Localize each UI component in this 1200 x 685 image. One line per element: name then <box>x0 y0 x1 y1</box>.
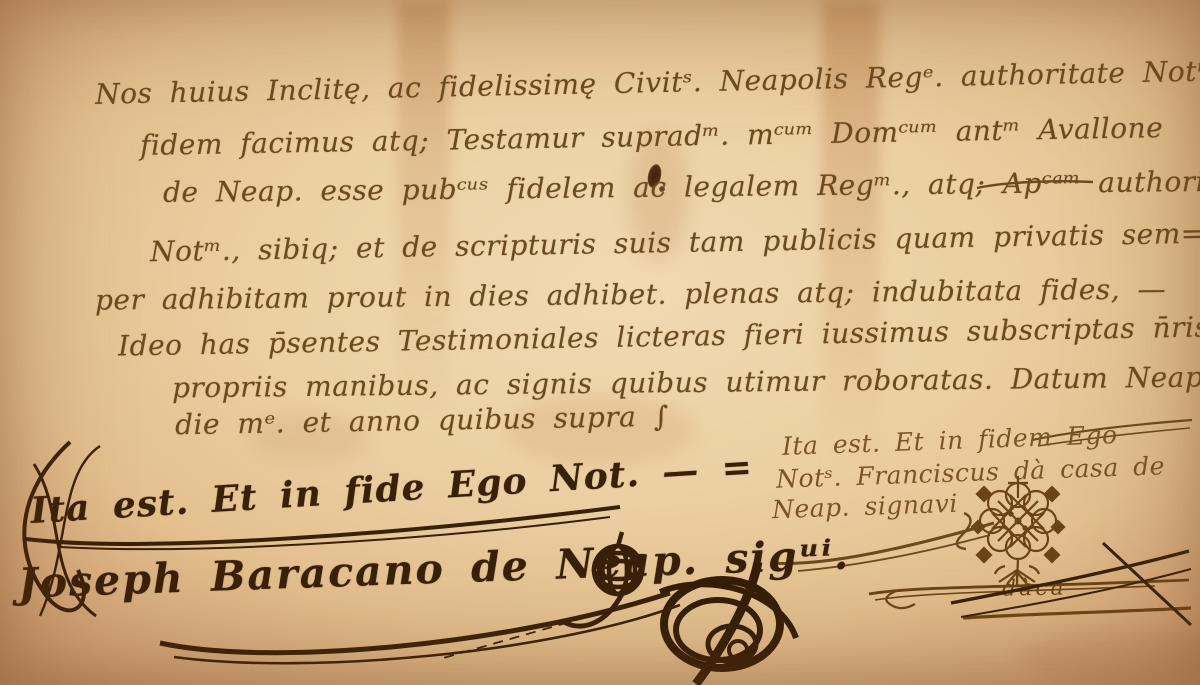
manuscript-line: Nos huius Inclitę, ac fidelissimę Civitˢ… <box>95 54 1200 111</box>
signature-sweep-flourish-icon <box>150 575 690 670</box>
manuscript-photo: Nos huius Inclitę, ac fidelissimę Civitˢ… <box>0 0 1200 685</box>
signature-underline-flourish-icon <box>20 495 630 555</box>
manuscript-line: Ideo has p̄sentes Testimoniales licteras… <box>118 310 1200 362</box>
right-flourish-icon <box>945 535 1195 630</box>
manuscript-line: per adhibitam prout in dies adhibet. ple… <box>95 272 1166 316</box>
paper-stain <box>1020 630 1200 685</box>
manuscript-line: propriis manibus, ac signis quibus utimu… <box>172 361 1200 405</box>
correction-stroke <box>975 176 1095 192</box>
